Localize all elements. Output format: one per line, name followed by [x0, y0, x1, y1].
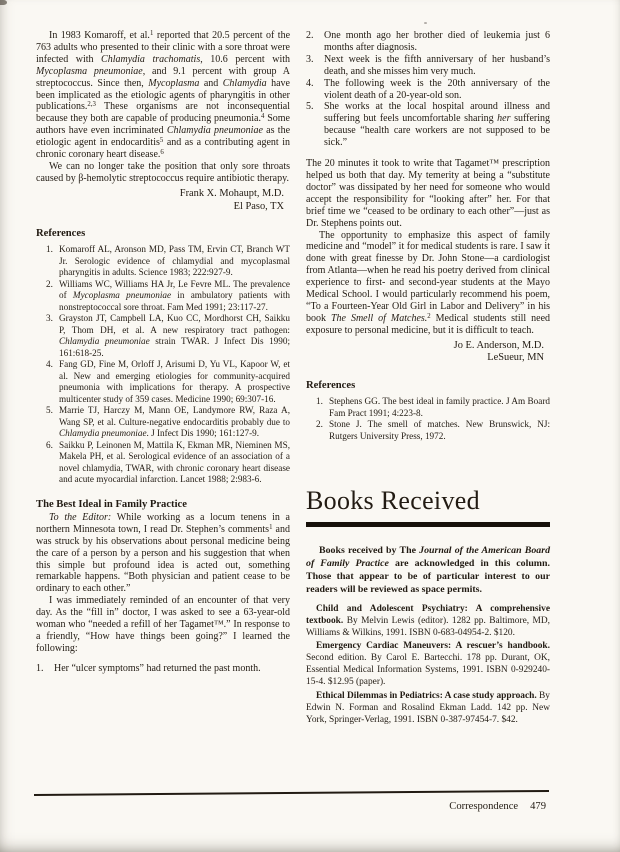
- journal-page: In 1983 Komaroff, et al.1 reported that …: [0, 0, 620, 852]
- ref-text: Saikku P, Leinonen M, Mattila K, Ekman M…: [59, 440, 290, 486]
- books-received-rule: [306, 522, 550, 527]
- obs-text: One month ago her brother died of leukem…: [324, 30, 550, 54]
- signature-block: Jo E. Anderson, M.D.LeSueur, MN: [306, 340, 544, 366]
- ref-text: Komaroff AL, Aronson MD, Pass TM, Ervin …: [59, 244, 290, 279]
- obs-text: Her “ulcer symptoms” had returned the pa…: [54, 663, 290, 675]
- reference-item: 3.Grayston JT, Campbell LA, Kuo CC, Mord…: [46, 313, 290, 359]
- paragraph: In 1983 Komaroff, et al.1 reported that …: [36, 30, 290, 161]
- footer-section-label: Correspondence: [449, 801, 518, 812]
- paragraph: The opportunity to emphasize this aspect…: [306, 230, 550, 337]
- signature-line: El Paso, TX: [36, 201, 284, 214]
- page-footer: Correspondence479: [449, 801, 546, 812]
- scan-speck: [0, 0, 7, 5]
- letter-title: The Best Ideal in Family Practice: [36, 499, 290, 511]
- signature-block: Frank X. Mohaupt, M.D.El Paso, TX: [36, 188, 284, 214]
- references-heading: References: [306, 380, 550, 392]
- obs-number: 5.: [306, 101, 318, 149]
- paragraph: I was immediately reminded of an encount…: [36, 595, 290, 655]
- observation-item: 3.Next week is the fifth anniversary of …: [306, 54, 550, 78]
- ref-number: 5.: [46, 405, 59, 440]
- ref-text: Fang GD, Fine M, Orloff J, Arisumi D, Yu…: [59, 359, 290, 405]
- paragraph: We can no longer take the position that …: [36, 161, 290, 185]
- paragraph: To the Editor: While working as a locum …: [36, 512, 290, 595]
- observation-item: 1.Her “ulcer symptoms” had returned the …: [36, 663, 290, 675]
- observation-item: 4.The following week is the 20th anniver…: [306, 78, 550, 102]
- observation-item: 2.One month ago her brother died of leuk…: [306, 30, 550, 54]
- ref-text: Grayston JT, Campbell LA, Kuo CC, Mordho…: [59, 313, 290, 359]
- ref-text: Stephens GG. The best ideal in family pr…: [329, 396, 550, 419]
- footer-page-number: 479: [530, 801, 546, 812]
- footer-rule: [34, 790, 549, 796]
- obs-text: The following week is the 20th anniversa…: [324, 78, 550, 102]
- ref-text: Williams WC, Williams HA Jr, Le Fevre ML…: [59, 279, 290, 314]
- books-received-intro: Books received by The Journal of the Ame…: [306, 544, 550, 596]
- ref-number: 3.: [46, 313, 59, 359]
- book-entry: Ethical Dilemmas in Pediatrics: A case s…: [306, 691, 550, 727]
- observation-item: 5.She works at the local hospital around…: [306, 101, 550, 149]
- signature-line: Frank X. Mohaupt, M.D.: [36, 188, 284, 201]
- reference-item: 5.Marrie TJ, Harczy M, Mann OE, Landymor…: [46, 405, 290, 440]
- obs-number: 4.: [306, 78, 318, 102]
- obs-text: Next week is the fifth anniversary of he…: [324, 54, 550, 78]
- reference-item: 6.Saikku P, Leinonen M, Mattila K, Ekman…: [46, 440, 290, 486]
- two-column-text: In 1983 Komaroff, et al.1 reported that …: [36, 30, 550, 727]
- obs-number: 1.: [36, 663, 48, 675]
- book-entry: Emergency Cardiac Maneuvers: A rescuer’s…: [306, 641, 550, 689]
- reference-item: 1.Stephens GG. The best ideal in family …: [316, 396, 550, 419]
- reference-item: 1.Komaroff AL, Aronson MD, Pass TM, Ervi…: [46, 244, 290, 279]
- reference-item: 4.Fang GD, Fine M, Orloff J, Arisumi D, …: [46, 359, 290, 405]
- obs-number: 3.: [306, 54, 318, 78]
- left-column: In 1983 Komaroff, et al.1 reported that …: [36, 30, 290, 727]
- ref-text: Stone J. The smell of matches. New Bruns…: [329, 419, 550, 442]
- right-column: 2.One month ago her brother died of leuk…: [306, 30, 550, 727]
- obs-text: She works at the local hospital around i…: [324, 101, 550, 149]
- ref-number: 1.: [316, 396, 329, 419]
- signature-line: LeSueur, MN: [306, 352, 544, 365]
- obs-number: 2.: [306, 30, 318, 54]
- ref-number: 6.: [46, 440, 59, 486]
- ref-number: 4.: [46, 359, 59, 405]
- books-received-heading: Books Received: [306, 486, 550, 515]
- reference-item: 2.Williams WC, Williams HA Jr, Le Fevre …: [46, 279, 290, 314]
- book-entry: Child and Adolescent Psychiatry: A compr…: [306, 604, 550, 640]
- paragraph: The 20 minutes it took to write that Tag…: [306, 158, 550, 229]
- ref-number: 2.: [316, 419, 329, 442]
- reference-item: 2.Stone J. The smell of matches. New Bru…: [316, 419, 550, 442]
- references-heading: References: [36, 228, 290, 240]
- ref-number: 2.: [46, 279, 59, 314]
- scan-speck: [424, 22, 427, 24]
- ref-text: Marrie TJ, Harczy M, Mann OE, Landymore …: [59, 405, 290, 440]
- ref-number: 1.: [46, 244, 59, 279]
- signature-line: Jo E. Anderson, M.D.: [306, 340, 544, 353]
